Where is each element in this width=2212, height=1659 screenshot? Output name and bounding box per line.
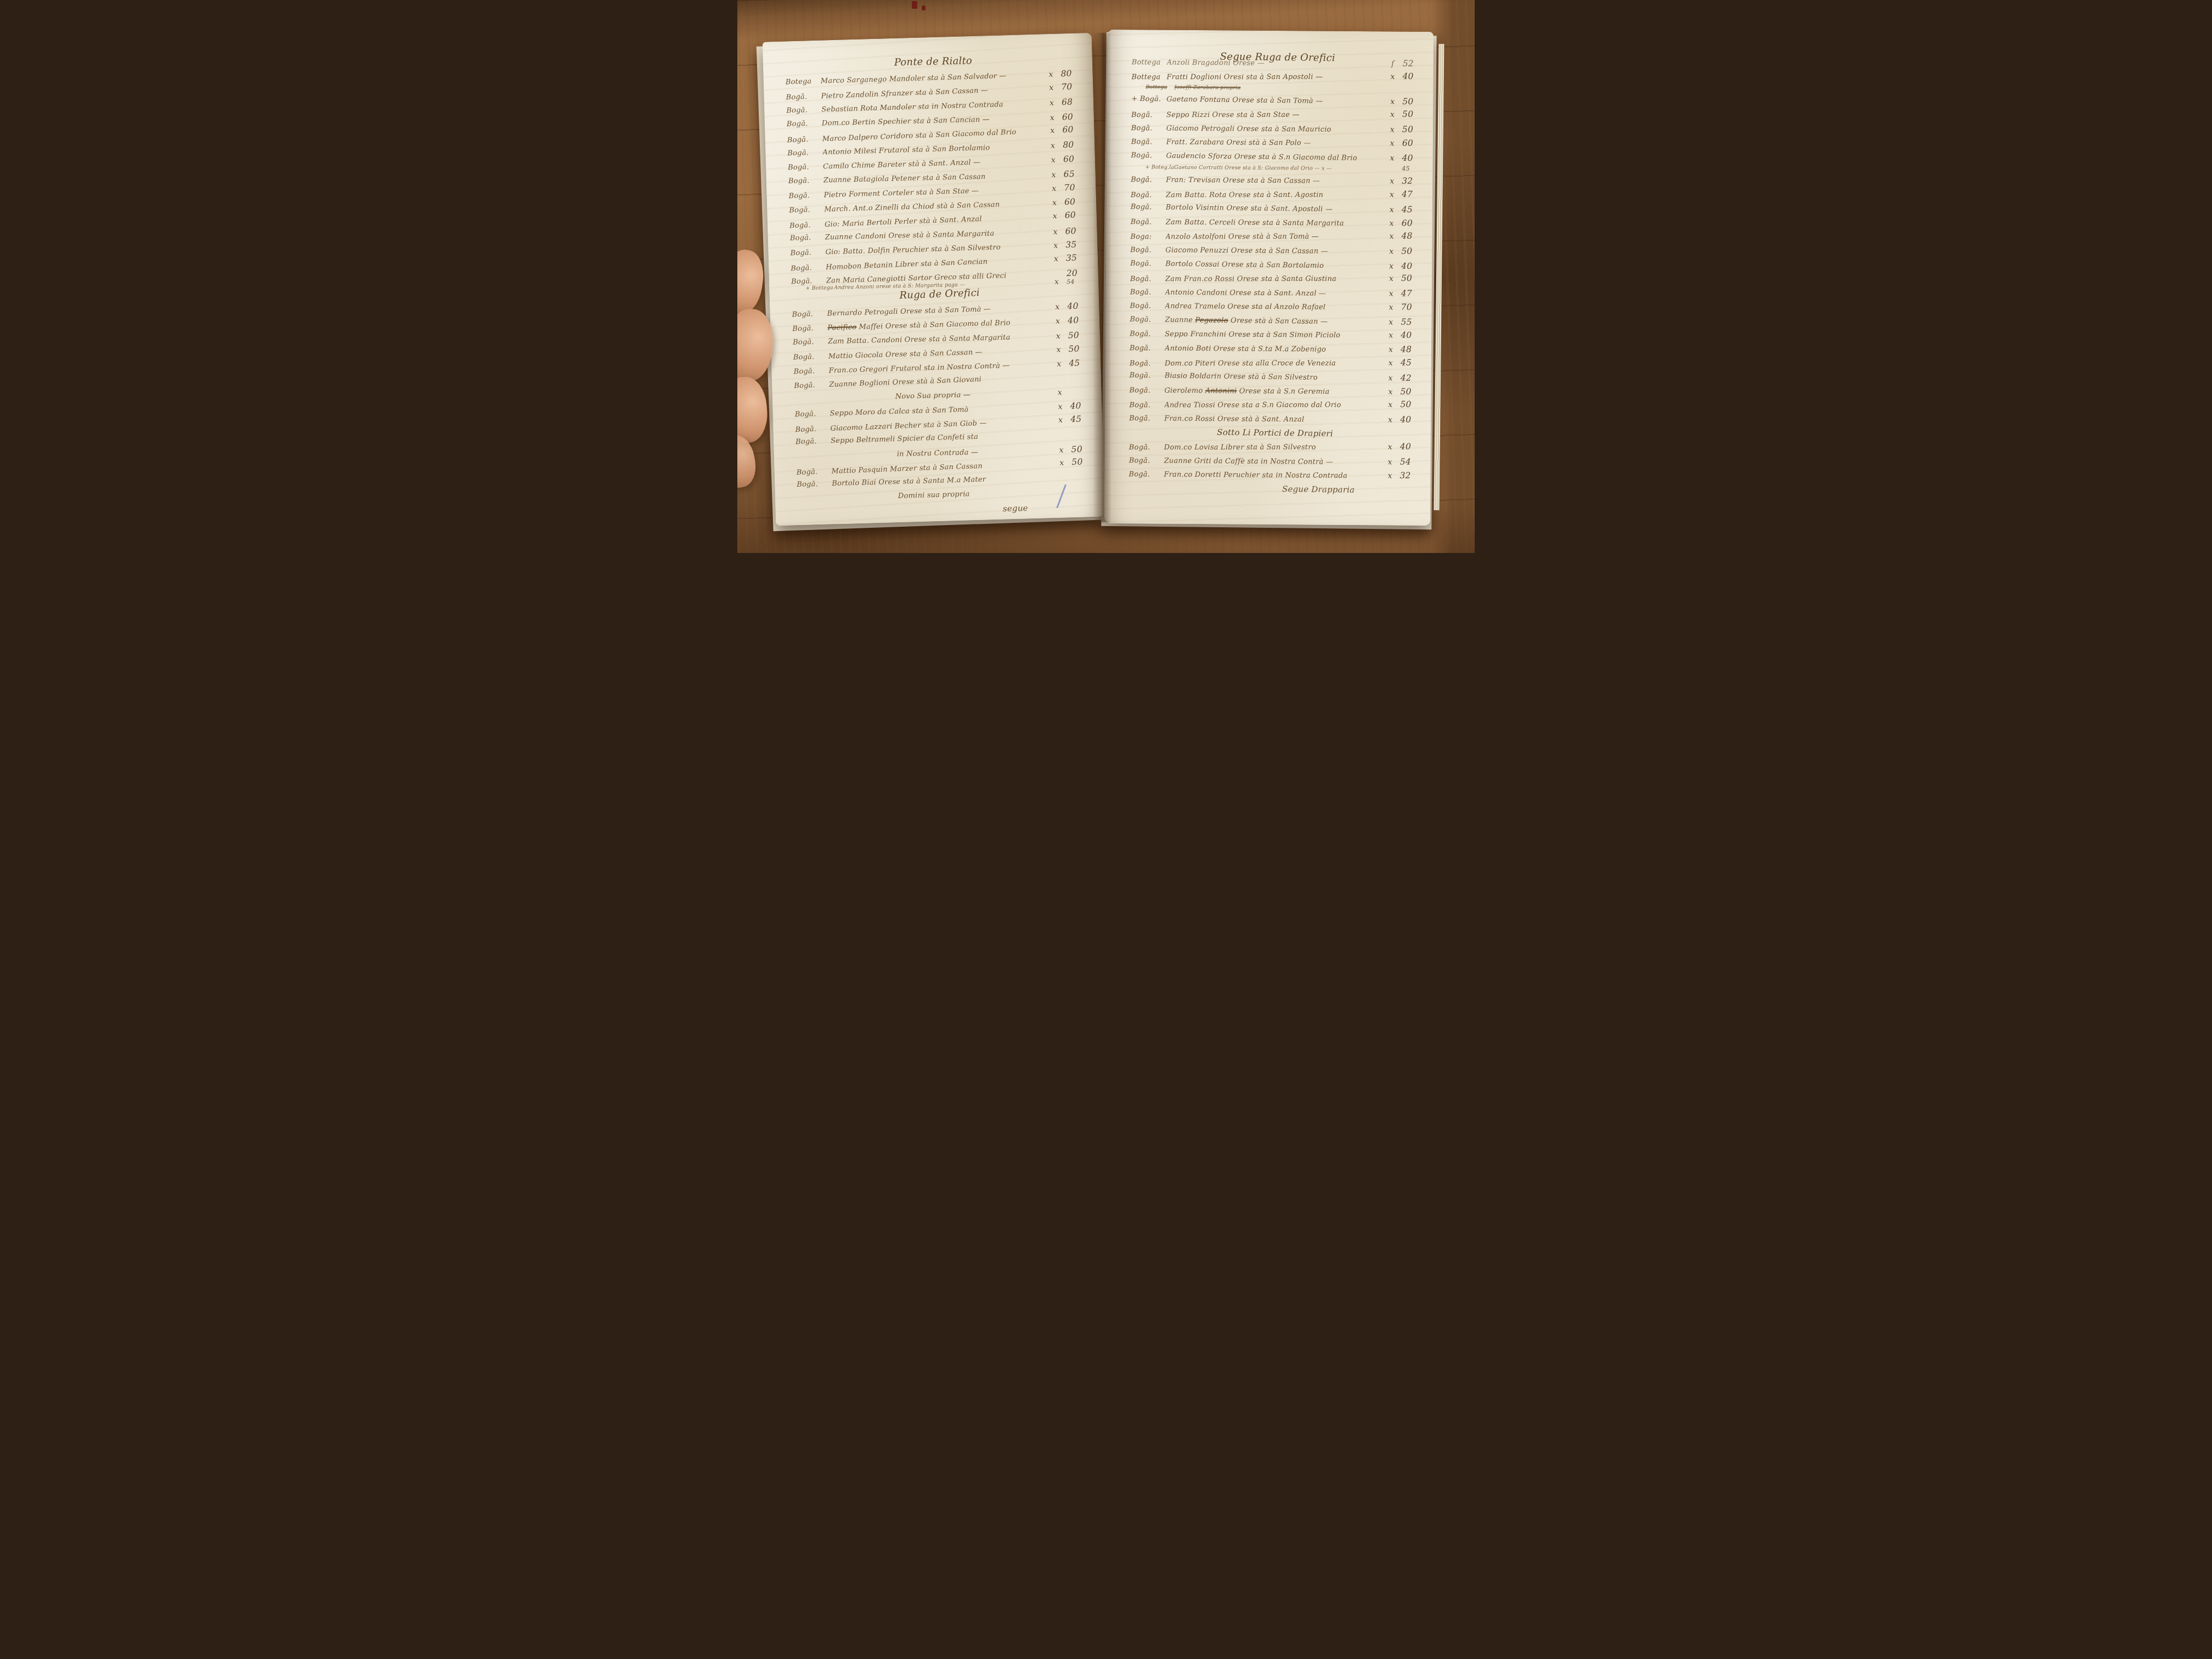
tax-value — [1065, 394, 1091, 395]
tax-value: 45 — [1396, 356, 1421, 370]
ledger-line: Bogā.Biasio Boldarin Orese stà à San Sil… — [1130, 368, 1421, 386]
entry-prefix: Bogā. — [1131, 121, 1166, 136]
ledger-line: Bogā.Giacomo Petrogali Orese sta à San M… — [1131, 121, 1423, 137]
tax-value: 48 — [1396, 343, 1421, 357]
entry-prefix: Bogā. — [1130, 272, 1165, 286]
tax-value: 45 — [1397, 203, 1423, 217]
check-mark: x — [1046, 96, 1058, 111]
check-mark: x — [1054, 386, 1066, 400]
check-mark: x — [1385, 315, 1396, 330]
entry-prefix: Bogā. — [1129, 454, 1164, 468]
tax-value: 45 — [1397, 162, 1423, 176]
check-mark: x — [1055, 413, 1066, 428]
check-mark: x — [1052, 300, 1063, 314]
ledger-line: + Boteg.laGaetano Cortratti Orese sta à … — [1145, 160, 1423, 176]
ledger-line: Bogā.Dom.co Lovisa Librer sta à San Silv… — [1129, 440, 1421, 454]
ledger-line: + Bogā.Gaetano Fontana Orese sta à San T… — [1131, 92, 1423, 109]
entry-prefix — [797, 500, 832, 501]
entry-text: Biasio Boldarin Orese stà à San Silvestr… — [1165, 369, 1385, 386]
check-mark: x — [1384, 470, 1395, 484]
ledger-line: Bogā.Zam Fran.co Rossi Orese sta à Santa… — [1130, 272, 1422, 286]
tax-value: 50 — [1396, 398, 1421, 412]
check-mark: x — [1047, 123, 1058, 138]
entry-text: Antonio Boti Orese sta à S.ta M.a Zobeni… — [1165, 342, 1385, 357]
entry-prefix: Bogā. — [1129, 411, 1164, 426]
ledger-line: Bogā.Zuanne Griti da Caffè sta in Nostra… — [1129, 453, 1421, 469]
entry-prefix: Bogā. — [1131, 108, 1166, 122]
check-mark: x — [1385, 441, 1396, 455]
entry-text: Zam Fran.co Rossi Orese sta à Santa Gius… — [1165, 272, 1386, 286]
entry-text: Gaetano Fontana Orese sta à San Tomà — — [1166, 93, 1387, 110]
entry-prefix — [796, 458, 831, 458]
entry-prefix: Bogā. — [790, 230, 826, 245]
check-mark: x — [1052, 314, 1064, 329]
struck-word: Pacifico — [827, 323, 856, 332]
check-mark — [1056, 436, 1066, 437]
tax-value: 40 — [1063, 313, 1089, 328]
check-mark: x — [1386, 188, 1397, 202]
tax-value: 50 — [1064, 341, 1090, 356]
entry-prefix: Bogā. — [796, 465, 832, 480]
left-page-lines: Ponte de RialtoBotegaMarco Sarganego Man… — [785, 49, 1094, 522]
entry-prefix: Bogā. — [790, 245, 826, 261]
tax-value: 48 — [1397, 229, 1423, 244]
tax-value: 68 — [1057, 94, 1083, 109]
entry-prefix: Bogā. — [793, 335, 828, 349]
tax-value: 60 — [1058, 122, 1084, 137]
entry-prefix: Bogā. — [787, 132, 822, 148]
tax-value: 32 — [1397, 174, 1423, 189]
entry-text: Seppo Rizzi Orese sta à San Stae — — [1166, 108, 1387, 122]
entry-prefix: Bogā. — [1131, 135, 1166, 149]
check-mark: x — [1048, 153, 1059, 168]
entry-prefix: Bogā. — [1128, 468, 1164, 482]
wood-speck — [912, 1, 917, 9]
check-mark: x — [1386, 204, 1397, 218]
manuscript-photo: Ponte de RialtoBotegaMarco Sarganego Man… — [737, 0, 1475, 553]
check-mark: x — [1386, 245, 1397, 259]
ledger-line: Boga:Anzolo Astolfoni Orese stà à San To… — [1131, 229, 1423, 244]
page-footer: Segue Drapparia — [1128, 481, 1420, 498]
entry-prefix: Bogā. — [791, 261, 826, 276]
right-page-lines: Segue Ruga de OreficiBottegaAnzoli Braga… — [1128, 49, 1424, 497]
fingertip — [737, 307, 775, 383]
entry-prefix: Bogā. — [1130, 243, 1165, 257]
check-mark: x — [1385, 398, 1396, 413]
entry-prefix: Bogā. — [786, 89, 821, 105]
ledger-line: Bogā.Antonio Boti Orese sta à S.ta M.a Z… — [1130, 341, 1421, 357]
tax-value: 80 — [1058, 137, 1084, 152]
check-mark: x — [1385, 455, 1396, 470]
tax-value: 70 — [1397, 301, 1422, 315]
check-mark: x — [1385, 372, 1396, 386]
check-mark: x — [1386, 301, 1397, 315]
ledger-right-page: Segue Ruga de OreficiBottegaAnzoli Braga… — [1104, 30, 1434, 526]
tax-value: 32 — [1395, 469, 1420, 483]
tax-value: 35 — [1062, 250, 1087, 266]
check-mark: x — [1385, 329, 1396, 343]
entry-text: Andrea Tiossi Orese sta a S.n Giacomo da… — [1164, 398, 1385, 413]
entry-prefix: Bogā. — [1130, 300, 1165, 314]
check-mark: x — [1387, 137, 1398, 151]
correction-above: Pinesi — [1200, 313, 1215, 314]
entry-prefix: Bogā. — [1130, 341, 1165, 356]
tax-value: 40 — [1396, 440, 1421, 454]
check-mark: x — [1386, 230, 1397, 244]
tax-value — [1065, 377, 1090, 379]
check-mark: x — [1053, 342, 1064, 357]
entry-prefix: Bogā. — [794, 407, 830, 422]
ledger-line: Bogā.Antonio Candoni Orese sta à Sant. A… — [1130, 285, 1422, 301]
check-mark: x — [1048, 168, 1059, 182]
tax-value: 54 — [1396, 455, 1421, 469]
entry-prefix: Bogā. — [1130, 285, 1165, 300]
entry-prefix: Boga: — [1131, 230, 1166, 245]
entry-prefix: Bogā. — [787, 117, 822, 132]
entry-text: Bortolo Visintin Orese sta à Sant. Apost… — [1166, 201, 1386, 218]
entry-prefix — [794, 400, 830, 400]
ledger-line: Bogā.Dom.co Piteri Orese sta alla Croce … — [1130, 356, 1421, 370]
entry-prefix: Bogā. — [793, 364, 829, 379]
check-mark: x — [1386, 287, 1397, 301]
tax-value: 60 — [1060, 207, 1086, 223]
tax-value: 65 — [1059, 167, 1085, 182]
book-gutter-shadow — [1093, 33, 1111, 522]
entry-prefix: Bogā. — [1130, 328, 1165, 342]
entry-prefix: Botega — [786, 75, 821, 90]
check-mark: x — [1385, 343, 1396, 358]
tax-value: 50 — [1064, 328, 1090, 343]
check-mark: x — [1049, 225, 1061, 239]
tax-value: 60 — [1060, 224, 1086, 239]
tax-value: 45 — [1066, 411, 1092, 427]
tax-value: 60 — [1397, 216, 1423, 230]
entry-prefix: Bogā. — [1129, 399, 1164, 413]
tax-value: 55 — [1396, 315, 1421, 330]
tax-value: 70 — [1057, 79, 1082, 94]
entry-prefix: Bogā. — [1130, 256, 1165, 270]
entry-prefix: Bogā. — [1130, 313, 1165, 327]
tax-value: 52 — [1398, 57, 1424, 71]
check-mark: x — [1051, 252, 1062, 267]
entry-prefix: Bogā. — [1129, 383, 1164, 398]
check-mark: x — [1387, 108, 1398, 122]
entry-prefix: Bogā. — [795, 422, 831, 437]
ledger-line: Bogā.Zam Batta. Rota Orese sta à Sant. A… — [1131, 187, 1423, 201]
check-mark — [1051, 276, 1062, 276]
tax-value: 40 — [1063, 298, 1088, 313]
entry-prefix: Bogā. — [1131, 173, 1166, 187]
check-mark — [1054, 379, 1065, 379]
check-mark: x — [1386, 272, 1397, 286]
tax-value: 50 — [1398, 108, 1423, 122]
ledger-left-page: Ponte de RialtoBotegaMarco Sarganego Man… — [763, 33, 1105, 526]
tax-value: 50 — [1396, 385, 1421, 399]
entry-text: Zam Batta. Cerceli Orese sta à Santa Mar… — [1166, 215, 1386, 230]
check-mark: x — [1385, 357, 1396, 371]
entry-prefix: + Bogā. — [1131, 92, 1166, 106]
entry-prefix: Bottega — [1132, 55, 1167, 70]
corrected-word: Antonininelli — [1205, 384, 1237, 398]
entry-text: Dom.co Lovisa Librer sta à San Silvestro — [1164, 441, 1385, 455]
entry-prefix: Bogā. — [1130, 369, 1165, 383]
check-mark: x — [1387, 123, 1398, 137]
check-mark: x — [1386, 174, 1397, 189]
entry-text: Anzoli Bragadoni Orese — — [1167, 55, 1387, 71]
entry-text: Anzolo Astolfoni Orese stà à San Tomà — — [1166, 230, 1386, 244]
entry-prefix: Bogā. — [1131, 215, 1166, 229]
entry-text: Gaetano Cortratti Orese sta à S: Giacomo… — [1174, 161, 1386, 176]
check-mark: x — [1049, 209, 1060, 224]
ledger-line: Bogā.Seppo Rizzi Orese sta à San Stae —x… — [1131, 108, 1423, 122]
fingertip — [737, 247, 767, 317]
ledger-line: BottegaAnzoli Bragadoni Orese —ſ52 — [1132, 55, 1424, 71]
tax-value: 50 — [1397, 272, 1422, 286]
tax-value — [1068, 493, 1093, 493]
tax-value: 40 — [1396, 413, 1421, 427]
entry-prefix: Bogā. — [788, 173, 824, 188]
check-mark: x — [1053, 329, 1064, 343]
entry-prefix: Bogā. — [1129, 441, 1164, 455]
corrected-word: PegazoloPinesi — [1195, 313, 1228, 328]
tax-value: 50 — [1067, 454, 1093, 470]
check-mark — [1057, 479, 1068, 479]
tax-value: 70 — [1059, 180, 1085, 195]
ledger-line: Bogā.Andrea Tiossi Orese sta a S.n Giaco… — [1129, 398, 1421, 412]
hand-holding-page — [737, 250, 783, 480]
entry-prefix: Bogā. — [789, 203, 825, 218]
tax-value: 40 — [1396, 329, 1421, 343]
struck-word: Antonini — [1205, 387, 1237, 395]
tax-value: 60 — [1059, 151, 1085, 166]
tax-value: 50 — [1397, 245, 1422, 259]
entry-prefix: + Boteg.la — [1145, 161, 1174, 175]
tax-value — [1066, 436, 1092, 436]
ledger-line: Bogā.Bortolo Visintin Orese sta à Sant. … — [1131, 200, 1423, 217]
check-mark: x — [1048, 182, 1060, 196]
check-mark: x — [1385, 414, 1396, 428]
check-mark: x — [1046, 81, 1057, 95]
tax-value: 60 — [1398, 137, 1423, 151]
fingertip — [737, 375, 769, 444]
tax-value — [1068, 478, 1093, 479]
ledger-line: Bogā.Zuanne PegazoloPinesi Orese stà à S… — [1130, 312, 1421, 330]
correction-above: nelli — [1210, 384, 1221, 385]
entry-text: Zuanne PegazoloPinesi Orese stà à San Ca… — [1165, 313, 1385, 330]
tax-value: 42 — [1396, 371, 1421, 386]
entry-text: Gierolemo Antonininelli Orese sta à S.n … — [1164, 384, 1385, 399]
entry-prefix: Bogā. — [1131, 200, 1166, 215]
tax-value: 50 — [1398, 122, 1423, 137]
tax-value: 47 — [1397, 187, 1423, 201]
tax-value: 47 — [1397, 286, 1422, 301]
wood-speck — [922, 5, 926, 10]
check-mark: x — [1056, 456, 1068, 471]
check-mark: x — [1047, 139, 1059, 154]
struck-word: Pegazolo — [1195, 316, 1228, 325]
